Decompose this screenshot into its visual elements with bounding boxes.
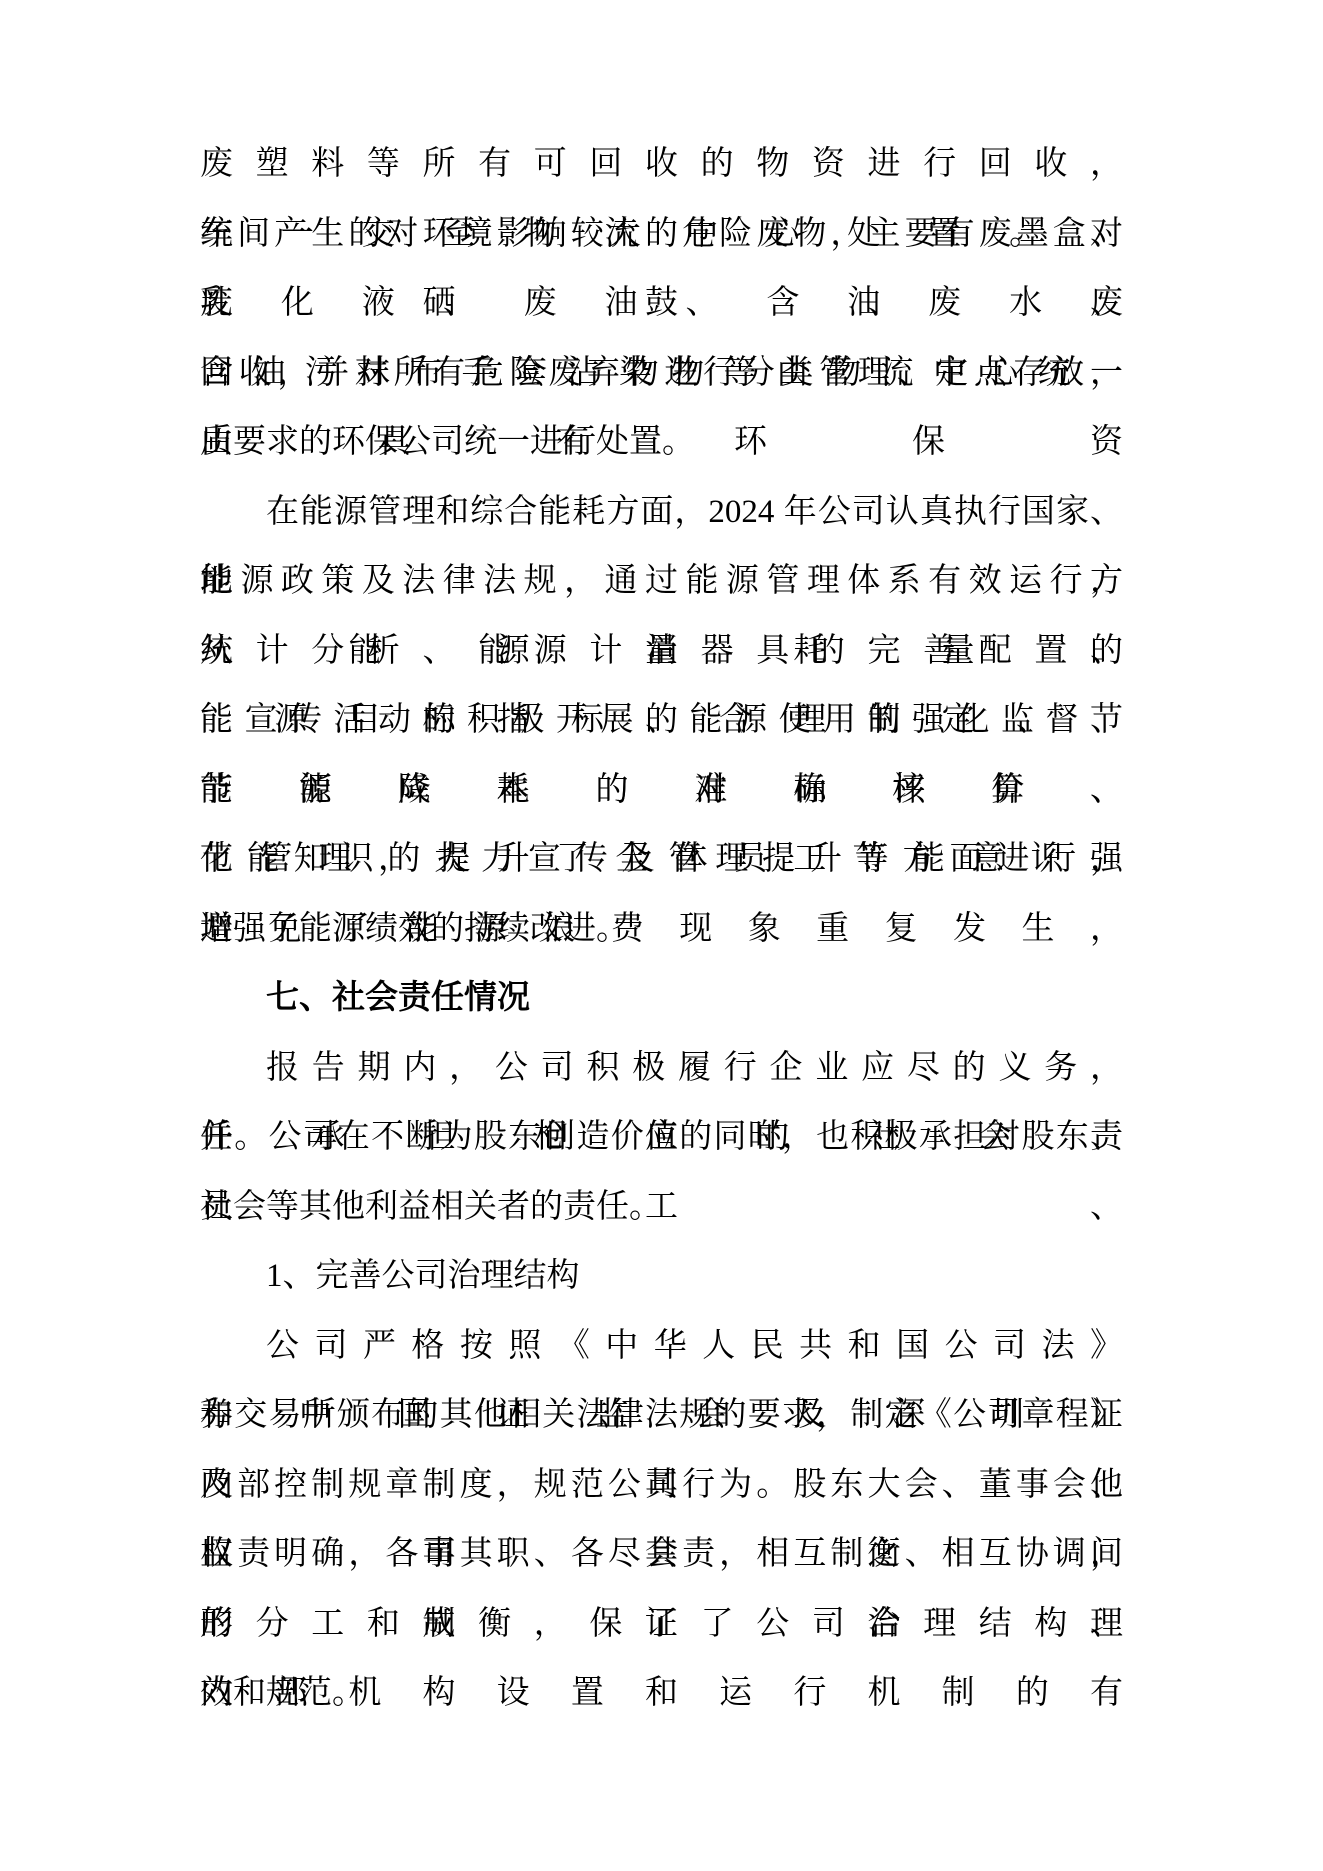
body-line: 报告期内，公司积极履行企业应尽的义务，并承担相应的社会责	[200, 1034, 1123, 1104]
body-line: 在能源管理和综合能耗方面，2024 年公司认真执行国家、地方	[200, 478, 1123, 548]
body-line: 乳化液、废油、含油废水、含油污抹布手套沾染物等由物流中心统一	[200, 269, 1123, 339]
body-line: 权责明确，各司其职、各尽其责，相互制衡、相互协调，形成了合理	[200, 1520, 1123, 1590]
body-line: 节能降耗的对标评价、节能知识的大力宣传及管理提升等方面进行强	[200, 756, 1123, 826]
document-text-block: 废塑料等所有可回收的物资进行回收， 统一交至物流中心处置。对 车间产生的对环境影…	[200, 130, 1123, 1729]
body-line: 能源政策及法律法规，通过能源管理体系有效运行，从能源消耗量的	[200, 547, 1123, 617]
body-line: 统计分析、能源计量器具的完善配置、能源目标指标的合理制定、节	[200, 617, 1123, 687]
subsection-heading: 1、完善公司治理结构	[200, 1242, 1123, 1312]
body-line: 化管理，提升了全体员工节能意识，避免了能源浪费现象重复发生，	[200, 825, 1123, 895]
body-line: 废塑料等所有可回收的物资进行回收， 统一交至物流中心处置。对	[200, 130, 1123, 200]
body-line: 能宣传活动的积极开展、能源使用的强化监督、能源成本的准确核算、	[200, 686, 1123, 756]
body-line: 内部控制规章制度，规范公司行为。股东大会、董事会、监事会之间	[200, 1451, 1123, 1521]
body-line: 回收，并对所有危险废弃物进行分类管理、定点存放，由具有环保资	[200, 339, 1123, 409]
document-page: 废塑料等所有可回收的物资进行回收， 统一交至物流中心处置。对 车间产生的对环境影…	[0, 0, 1323, 1871]
body-line: 的分工和制衡，保证了公司治理结构、内部机构设置和运行机制的有	[200, 1590, 1123, 1660]
body-line: 券交易所颁布的其他相关法律法规的要求，制定《公司章程》及其他	[200, 1381, 1123, 1451]
body-line: 任。公司在不断为股东创造价值的同时，也积极承担对股东、员工、	[200, 1103, 1123, 1173]
section-heading: 七、社会责任情况	[200, 964, 1123, 1034]
body-line: 公司严格按照《中华人民共和国公司法》和中国证监会及深圳证	[200, 1312, 1123, 1382]
body-line: 车间产生的对环境影响较大的危险废物，主要有废墨盒、废硒鼓、废	[200, 200, 1123, 270]
